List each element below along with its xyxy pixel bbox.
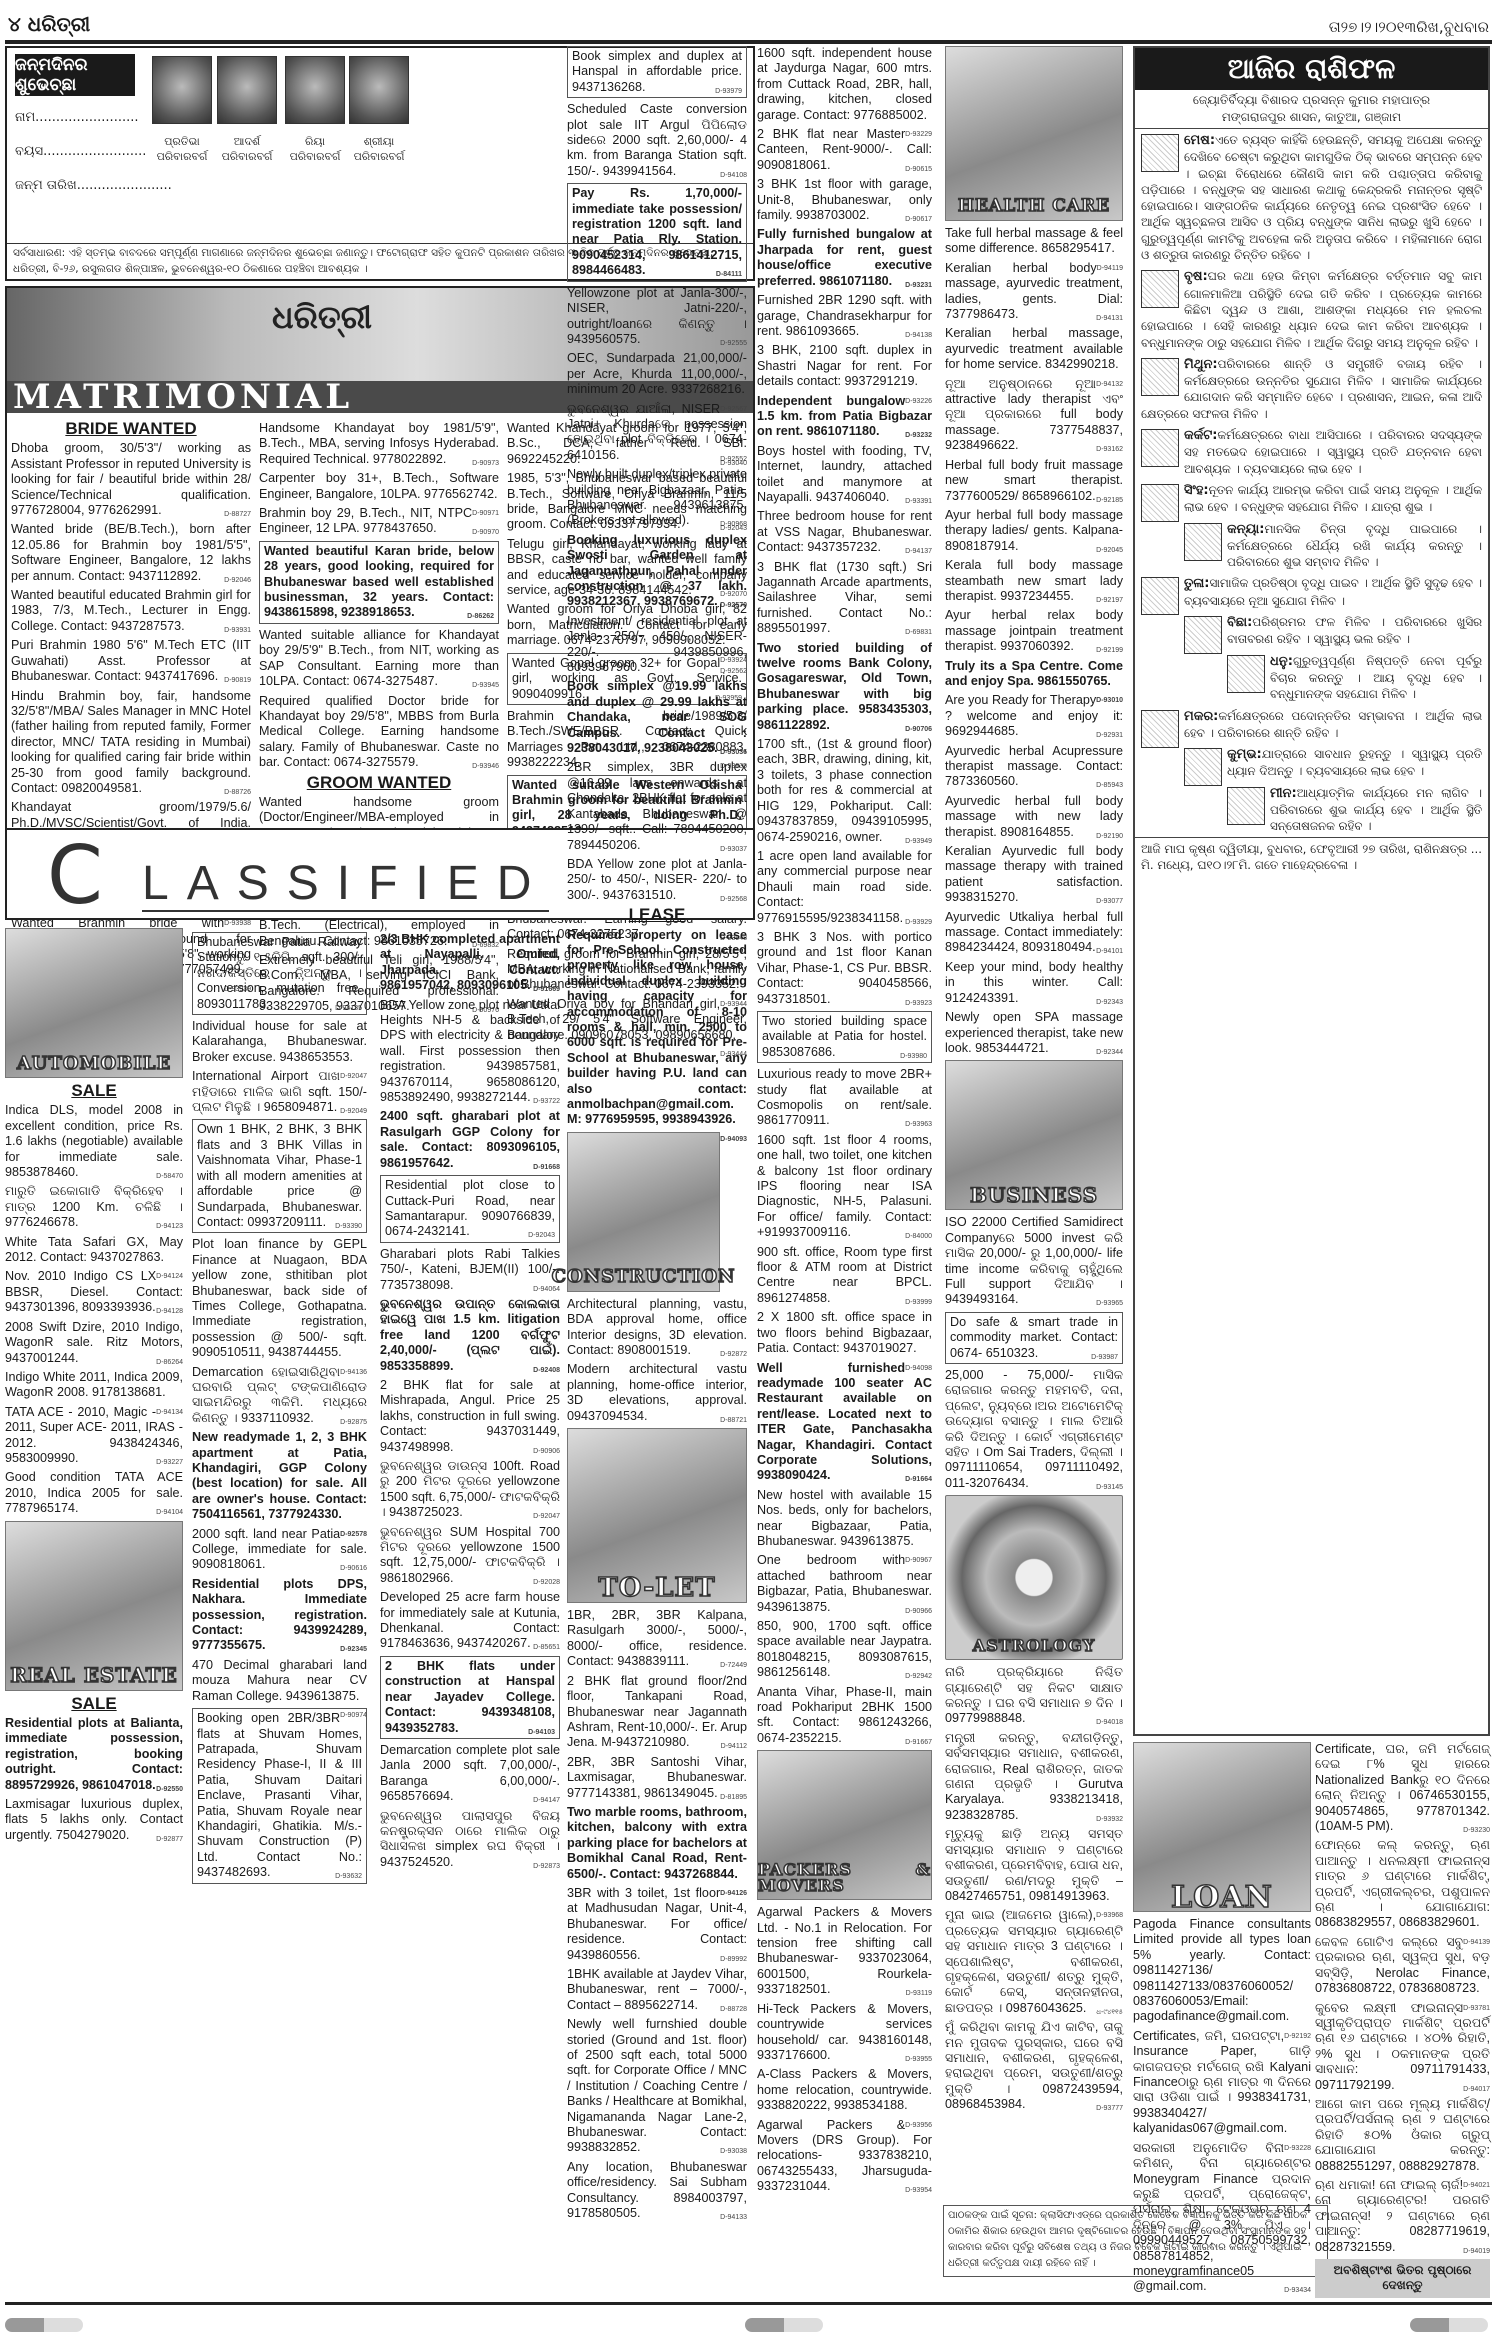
classified-ad: Fully furnished bungalow at Jharpada for… bbox=[757, 227, 932, 289]
classified-ad: Kerala full body massage steambath new s… bbox=[945, 558, 1123, 604]
ad-code: D-93979 bbox=[715, 84, 742, 99]
ad-code: D-94137 bbox=[905, 544, 932, 559]
ad-text: New hostel with available 15 Nos. beds, … bbox=[757, 1488, 932, 1548]
dharitri-logo: ଧରିତ୍ରୀ bbox=[272, 298, 372, 337]
classified-ad: 2BR simplex, 3BR duplex @16.99 lacs onwa… bbox=[567, 760, 747, 852]
ad-text: Bhubaneswar Patia Railway Stationରୁ ୧.୫କ… bbox=[197, 935, 362, 1011]
horoscope-sign: କୁମ୍ଭ:ଯାତ୍ରାରେ ସାବଧାନ ରୁହନ୍ତୁ । ସ୍ୱାସ୍ଥ୍… bbox=[1135, 743, 1488, 782]
classified-ad: 2 BHK flat for sale at Mishrapada, Angul… bbox=[380, 1378, 560, 1455]
classified-ad: ଭୁବନେଶ୍ୱର ପାଲାସପୁର ବିଜୟ କନଷ୍ଟ୍ରକ୍ସନ ଠାରେ… bbox=[380, 1809, 560, 1871]
classified-ad: 3 BHK 3 Nos. with portico ground and 1st… bbox=[757, 930, 932, 1007]
classified-ad: A-Class Packers & Movers, home relocatio… bbox=[757, 2067, 932, 2113]
ad-code: D-94147 bbox=[533, 1793, 560, 1808]
ad-code: D-93037 bbox=[720, 842, 747, 857]
sign-name: ସିଂହ: bbox=[1184, 483, 1209, 498]
ad-text: 3BR with 3 toilet, 1st floor at Madhusud… bbox=[567, 1886, 747, 1962]
ad-code: D-92043 bbox=[528, 1228, 555, 1243]
ad-text: Well furnished readymade 100 seater AC R… bbox=[757, 1361, 932, 1483]
ad-text: 25,000 - 75,000/- ମାସିକ ରୋଜଗାର କରନ୍ତୁ ମହ… bbox=[945, 1368, 1123, 1490]
ad-code: D-91667 bbox=[905, 1735, 932, 1750]
sign-name: କୁମ୍ଭ: bbox=[1227, 747, 1262, 762]
ad-text: 3 BHK 3 Nos. with portico ground and 1st… bbox=[757, 930, 932, 1006]
ad-code: D-93999 bbox=[905, 1295, 932, 1310]
matrimonial-col-2: Handsome Khandayat boy 1981/5'9", B.Tech… bbox=[259, 421, 499, 1019]
ad-text: 3 BHK flat (1730 sqft.) Sri Jagannath Ar… bbox=[757, 560, 932, 636]
horoscope-sign: ସିଂହ:ନୂତନ କାର୍ଯ୍ୟ ଆରମ୍ଭ କରିବା ପାଇଁ ସମୟ ଅ… bbox=[1135, 479, 1488, 518]
classified-ad: Herbal full body fruit massage new smart… bbox=[945, 458, 1123, 504]
classified-ad: Residential plots DPS, Nakhara. Immediat… bbox=[192, 1577, 367, 1654]
ad-text: Agarwal Packers & Movers (DRS Group). Fo… bbox=[757, 2118, 932, 2194]
classified-ad: ମନ୍ତ୍ରୀ କରନ୍ତୁ, ବନ୍ଦୀଗଡ଼ିନ୍ତୁ, ସର୍ବସମସ୍ୟ… bbox=[945, 1731, 1123, 1823]
classified-ad: Keralian Ayurvedic full body massage the… bbox=[945, 844, 1123, 906]
ad-code: D-92197 bbox=[1096, 593, 1123, 608]
ad-code: D-93923 bbox=[905, 996, 932, 1011]
issue-date: ତା୨୭।୨।୨୦୧୩ରିଖ,ବୁଧବାର bbox=[1329, 18, 1489, 36]
classified-ad: Laxmisagar luxurious duplex, flats 5 lak… bbox=[5, 1797, 183, 1843]
ad-text: 1700 sft., (1st & ground floor) each, 3B… bbox=[757, 737, 932, 843]
classified-ad: Carpenter boy 31+, B.Tech., Software Eng… bbox=[259, 471, 499, 502]
ad-text: 1600 sqft. 1st floor 4 rooms, one hall, … bbox=[757, 1133, 932, 1239]
ad-code: D-92877 bbox=[156, 1832, 183, 1847]
classified-ad: One bedroom with attached bathroom near … bbox=[757, 1553, 932, 1615]
ad-text: ଋଣ ଧମାକା! ନୋ ଫାଇଲ୍ ଚାର୍ଜ! ନୋ ଗ୍ୟାରେଣ୍ଟର!… bbox=[1315, 2178, 1490, 2254]
ad-code: D-93954 bbox=[905, 2183, 932, 2198]
classified-ad: Pagoda Finance consultants Limited provi… bbox=[1133, 1917, 1311, 2025]
loan-image: LOAN bbox=[1133, 1742, 1311, 1912]
ad-code: D-93632 bbox=[335, 1869, 362, 1884]
name-field: ନାମ......................... bbox=[15, 110, 138, 125]
classified-ad: Indigo White 2011, Indica 2009, WagonR 2… bbox=[5, 1370, 183, 1401]
page-tab bbox=[1410, 2318, 1488, 2332]
ad-code: D-92570 bbox=[720, 598, 747, 613]
ad-code: D-90973 bbox=[472, 456, 499, 471]
astrology-zodiac-image: ASTROLOGY bbox=[945, 1495, 1123, 1660]
ad-code: D-92190 bbox=[1096, 829, 1123, 844]
ad-text: Certificate, ଘର, ଜମି ମର୍ଟଗେଜ୍ ଦେଇ ୮% ସୁଧ… bbox=[1315, 1742, 1490, 1833]
classified-ad: Wanted beautiful Karan bride, below 28 y… bbox=[259, 541, 499, 624]
classified-ad: Furnished 2BR 1290 sqft. with garage, Ch… bbox=[757, 293, 932, 339]
classified-ad: 1600 sqft. independent house at Jaydurga… bbox=[757, 46, 932, 123]
ad-code: D-93391 bbox=[905, 494, 932, 509]
sign-text: ଆଧ୍ୟାତ୍ମିକ କାର୍ଯ୍ୟରେ ମନ ଲାଗିବ । ପରିବାରରେ… bbox=[1270, 786, 1482, 834]
classified-ad: Hindu Brahmin boy, fair, handsome 32/5'8… bbox=[11, 689, 251, 797]
classified-ad: Dhoba groom, 30/5'3"/ working as Assista… bbox=[11, 441, 251, 518]
ad-code: D-92343 bbox=[1096, 995, 1123, 1010]
classified-ad: 900 sft. office, Room type first floor &… bbox=[757, 1245, 932, 1307]
child-photo bbox=[217, 56, 277, 124]
ad-code: D-58470 bbox=[156, 1169, 183, 1184]
ad-code: D-93945 bbox=[472, 678, 499, 693]
classified-ad: ଫୋନ୍‌ରେ କଲ୍ କରନ୍ତୁ, ଋଣ ପାଆନ୍ତୁ । ଧନଲକ୍ଷ୍… bbox=[1315, 1838, 1490, 1930]
classified-ad: 25,000 - 75,000/- ମାସିକ ରୋଜଗାର କରନ୍ତୁ ମହ… bbox=[945, 1368, 1123, 1491]
sign-text: କର୍ମକ୍ଷେତ୍ରରେ ପଦୋନ୍ନତିର ସମ୍ଭାବନା । ଆର୍ଥି… bbox=[1184, 709, 1482, 740]
ad-code: D-93232 bbox=[905, 428, 932, 443]
dob-field: ଜନ୍ମ ତାରିଖ....................... bbox=[15, 178, 172, 193]
page-number-masthead: ୪ ଧରିତ୍ରୀ bbox=[8, 12, 90, 36]
ad-text: Scheduled Caste conversion plot sale IIT… bbox=[567, 102, 747, 178]
ad-code: D-92047 bbox=[533, 1509, 560, 1524]
ad-code: D-92555 bbox=[720, 336, 747, 351]
classified-ad: 2000 sqft. land near Patia College, imme… bbox=[192, 1527, 367, 1573]
sign-text: କର୍ମକ୍ଷେତ୍ରରେ ବାଧା ଆସିପାରେ । ପରିବାରର ସଦସ… bbox=[1184, 428, 1482, 476]
ad-code: D-90615 bbox=[905, 162, 932, 177]
classified-ad: ସରକାରୀ ଅନୁମୋଦିତ ବିନା କମିଶନ୍, ବିନା ଗ୍ୟାରେ… bbox=[1133, 2141, 1311, 2295]
rent-column: 1600 sqft. independent house at Jaydurga… bbox=[757, 46, 932, 2199]
services-column: HEALTH CARE Take full herbal massage & f… bbox=[945, 46, 1123, 2117]
ad-text: Take full herbal massage & feel some dif… bbox=[945, 226, 1123, 255]
child-photo bbox=[349, 56, 409, 124]
ad-code: D-92872 bbox=[720, 1347, 747, 1362]
ad-text: ନୂଆ ଅନୁଷ୍ଠାନରେ ନୂଆ attractive lady thera… bbox=[945, 377, 1123, 453]
ad-text: White Tata Safari GX, May 2012. Contact:… bbox=[5, 1235, 183, 1264]
ad-code: D-93038 bbox=[720, 2144, 747, 2159]
automobile-image: AUTOMOBILE bbox=[5, 928, 183, 1078]
classified-ad: Newly well furnshied double storied (Gro… bbox=[567, 2017, 747, 2156]
ad-code: D-93965 bbox=[1096, 1296, 1123, 1311]
ad-code: D-94018 bbox=[1096, 1715, 1123, 1730]
classified-column-3: 2/3 BHK completed apartment at Nayapalli… bbox=[380, 932, 560, 1874]
ad-text: Wanted bride (BE/B.Tech.), born after 12… bbox=[11, 522, 251, 582]
ad-code: D-90970 bbox=[472, 525, 499, 540]
classified-ad: Truly its a Spa Centre. Come and enjoy S… bbox=[945, 659, 1123, 690]
classified-ad: Newly open SPA massage experienced thera… bbox=[945, 1010, 1123, 1056]
horoscope-sign: ଧନୁ:ଗୁରୁତ୍ୱପୂର୍ଣ୍ଣ ନିଷ୍ପତ୍ତି ନେବା ପୂର୍ବର… bbox=[1135, 650, 1488, 705]
classified-ad: BDA Yellow zone plot at Janla-250/- to 4… bbox=[567, 857, 747, 903]
classified-ad: Plot loan finance by GEPL Finance at Nua… bbox=[192, 1237, 367, 1360]
classified-ad: 1600 sqft. 1st floor 4 rooms, one hall, … bbox=[757, 1133, 932, 1241]
construction-image: CONSTRUCTION bbox=[567, 1132, 720, 1292]
ad-text: ସରକାରୀ ଅନୁମୋଦିତ ବିନା କମିଶନ୍, ବିନା ଗ୍ୟାରେ… bbox=[1133, 2141, 1311, 2294]
ad-code: D-89992 bbox=[720, 1952, 747, 1967]
zodiac-sign-icon bbox=[1141, 429, 1179, 467]
zodiac-sign-icon bbox=[1227, 787, 1265, 825]
ad-code: D-85943 bbox=[1096, 778, 1123, 793]
classified-ad: Agarwal Packers & Movers Ltd. - No.1 in … bbox=[757, 1905, 932, 1997]
groom-wanted-heading: GROOM WANTED bbox=[259, 775, 499, 790]
ad-text: 2 X 1800 sft. office space in two floors… bbox=[757, 1310, 932, 1355]
sign-name: କର୍କଟ: bbox=[1184, 428, 1217, 443]
sign-text: ଯାତ୍ରାରେ ସାବଧାନ ରୁହନ୍ତୁ । ସ୍ୱାସ୍ଥ୍ୟ ପ୍ରତ… bbox=[1227, 747, 1482, 778]
classified-ad: Residential plots at Balianta, immediate… bbox=[5, 1716, 183, 1793]
sign-text: ସାମାଜିକ ପ୍ରତିଷ୍ଠା ବୃଦ୍ଧି ପାଇବ । ଆର୍ଥିକ ସ… bbox=[1184, 576, 1482, 607]
ad-code: D-90616 bbox=[340, 1561, 367, 1576]
ad-text: 3 BHK, 2100 sqft. duplex in Shastri Naga… bbox=[757, 343, 932, 388]
page-tab bbox=[5, 2318, 83, 2332]
ad-text: Wanted beautiful Karan bride, below 28 y… bbox=[264, 544, 494, 620]
ad-text: ମୁନା ଭାଇ (ଆଜମେର ୱାଲେ), ପ୍ରତ୍ୟେକ ସମସ୍ୟାର … bbox=[945, 1908, 1123, 2014]
ad-text: Keralian herbal massage, ayurvedic treat… bbox=[945, 326, 1123, 371]
horoscope-sign: ମୀନ:ଆଧ୍ୟାତ୍ମିକ କାର୍ଯ୍ୟରେ ମନ ଲାଗିବ । ପରିବ… bbox=[1135, 782, 1488, 837]
ad-text: Newly well furnshied double storied (Gro… bbox=[567, 2017, 747, 2154]
ad-text: Puri Brahmin 1980 5'6" M.Tech ETC (IIT G… bbox=[11, 638, 251, 683]
classified-ad: Required qualified Doctor bride for Khan… bbox=[259, 694, 499, 771]
ad-code: D-92552 bbox=[720, 452, 747, 467]
ad-text: Booking luxurious duplex Swosti Garden a… bbox=[567, 533, 747, 609]
sign-text: ପରିଶ୍ରମର ଫଳ ମିଳିବ । ପରିବାରରେ ଖୁସିର ବାତାବ… bbox=[1227, 615, 1482, 646]
ad-text: Certificates, ଜମି, ଘରପଟ୍ଟା, Insurance Pa… bbox=[1133, 2029, 1311, 2135]
ad-code: D-93932 bbox=[1096, 1812, 1123, 1827]
classified-ad: ମୁନା ଭାଇ (ଆଜମେର ୱାଲେ), ପ୍ରତ୍ୟେକ ସମସ୍ୟାର … bbox=[945, 1908, 1123, 2016]
ad-code: D-93722 bbox=[533, 1094, 560, 1109]
horoscope-sign: ବିଛା:ପରିଶ୍ରମର ଫଳ ମିଳିବ । ପରିବାରରେ ଖୁସିର … bbox=[1135, 611, 1488, 650]
ad-code: D-94019 bbox=[1463, 2244, 1490, 2259]
classified-ad: Yellowzone plot at Janla-300/-, NISER, J… bbox=[567, 286, 747, 348]
ad-code: D-84000 bbox=[905, 1229, 932, 1244]
classified-ad: Own 1 BHK, 2 BHK, 3 BHK flats and 3 BHK … bbox=[192, 1119, 367, 1233]
classified-ad: Book simplex and duplex at Hanspal in af… bbox=[567, 46, 747, 98]
ad-code: D-92045 bbox=[1096, 543, 1123, 558]
zodiac-sign-icon bbox=[1141, 484, 1179, 522]
sign-name: ମିଥୁନ: bbox=[1184, 357, 1218, 372]
ad-text: Book simplex @19.99 lakhs and duplex @ 2… bbox=[567, 679, 747, 755]
age-field: ବୟସ......................... bbox=[15, 144, 146, 159]
ad-text: Residential plots at Balianta, immediate… bbox=[5, 1716, 183, 1792]
ad-code: D-93980 bbox=[900, 1049, 927, 1064]
ad-code: D-94108 bbox=[720, 168, 747, 183]
classified-ad: New readymade 1, 2, 3 BHK apartment at P… bbox=[192, 1430, 367, 1522]
lease-heading: LEASE bbox=[567, 907, 747, 922]
sign-name: ମୀନ: bbox=[1270, 786, 1297, 801]
sign-text: ମାନସିକ ଚିନ୍ତା ବୃଦ୍ଧି ପାଇପାରେ । କର୍ମକ୍ଷେତ… bbox=[1227, 522, 1482, 570]
child-photo bbox=[152, 56, 212, 124]
classified-ad: ନୂଆ ଅନୁଷ୍ଠାନରେ ନୂଆ attractive lady thera… bbox=[945, 377, 1123, 454]
classified-ad: Certificate, ଘର, ଜମି ମର୍ଟଗେଜ୍ ଦେଇ ୮% ସୁଧ… bbox=[1315, 1742, 1490, 1834]
ad-code: D-85651 bbox=[533, 1640, 560, 1655]
ad-text: Required qualified Doctor bride for Khan… bbox=[259, 694, 499, 770]
header-rule bbox=[5, 40, 1492, 44]
ad-text: Two storied building of twelve rooms Ban… bbox=[757, 641, 932, 732]
ad-code: D-93145 bbox=[1096, 1480, 1123, 1495]
ad-text: ଫୋନ୍‌ରେ କଲ୍ କରନ୍ତୁ, ଋଣ ପାଆନ୍ତୁ । ଧନଲକ୍ଷ୍… bbox=[1315, 1838, 1490, 1929]
ad-code: D-88728 bbox=[720, 2002, 747, 2017]
ad-text: Agarwal Packers & Movers Ltd. - No.1 in … bbox=[757, 1905, 932, 1996]
ad-code: D-90617 bbox=[905, 212, 932, 227]
classified-ad: Agarwal Packers & Movers (DRS Group). Fo… bbox=[757, 2118, 932, 2195]
classified-ad: Boys hostel with fooding, TV, Internet, … bbox=[757, 444, 932, 506]
ad-code: D-94104 bbox=[156, 1505, 183, 1520]
ad-code: D-92345 bbox=[340, 1642, 367, 1657]
child-caption: ଶ୍ରୀୟାପରିବାରବର୍ଗ bbox=[334, 134, 424, 164]
child-photo bbox=[285, 56, 345, 124]
ad-code: D-93230 bbox=[1463, 1823, 1490, 1838]
ad-code: D-91669 bbox=[533, 982, 560, 997]
classified-ad: 2/3 BHK completed apartment at Nayapalli… bbox=[380, 932, 560, 994]
ad-code: D-94112 bbox=[721, 1739, 747, 1754]
ad-text: Wanted suitable alliance for Khandayat b… bbox=[259, 628, 499, 688]
ad-text: Individual house for sale at Kalarahanga… bbox=[192, 1019, 367, 1064]
ad-code: D-93390 bbox=[335, 1219, 362, 1234]
sign-text: ଗୁରୁତ୍ୱପୂର୍ଣ୍ଣ ନିଷ୍ପତ୍ତି ନେବା ପୂର୍ବରୁ ବି… bbox=[1270, 654, 1482, 702]
ad-text: Indica DLS, model 2008 in excellent cond… bbox=[5, 1103, 183, 1179]
classified-ad: କେବଳ ଗୋଟିଏ କଲ୍‌ରେ ସବୁ ପ୍ରକାରର ଋଣ, ସ୍ୱଳ୍ପ… bbox=[1315, 1935, 1490, 1997]
ad-code: D-88727 bbox=[224, 507, 251, 522]
property-lease-column: Book simplex and duplex at Hanspal in af… bbox=[567, 46, 747, 2226]
classified-ad: Ananta Vihar, Phase-II, main road Pokhar… bbox=[757, 1685, 932, 1747]
packers-movers-image: PACKERS & MOVERS bbox=[757, 1750, 932, 1900]
classified-ad: 2008 Swift Dzire, 2010 Indigo, WagonR sa… bbox=[5, 1320, 183, 1366]
ad-code: D-93946 bbox=[472, 759, 499, 774]
ad-code: D-69831 bbox=[905, 625, 932, 640]
ad-text: Pay Rs. 1,70,000/- immediate take posses… bbox=[572, 186, 742, 277]
ad-code: D-92408 bbox=[533, 1363, 560, 1378]
classified-ad: 2400 sqft. gharabari plot at Rasulgarh G… bbox=[380, 1109, 560, 1171]
classified-ad: Two storied building space available at … bbox=[757, 1011, 932, 1063]
classified-ad: Book simplex @19.99 lakhs and duplex @ 2… bbox=[567, 679, 747, 756]
ad-code: D-94101 bbox=[1096, 944, 1123, 959]
classified-ad: Luxurious ready to move 2BR+ study flat … bbox=[757, 1067, 932, 1129]
sign-name: ବୃଷ: bbox=[1184, 269, 1208, 284]
ad-text: BDA Yellow zone plot near Utkal Heights … bbox=[380, 998, 560, 1104]
classified-ad: Are you Ready for Therapy ? welcome and … bbox=[945, 693, 1123, 739]
classified-ad: Well furnished readymade 100 seater AC R… bbox=[757, 1361, 932, 1484]
ad-text: Hindu Brahmin boy, fair, handsome 32/5'8… bbox=[11, 689, 251, 795]
horoscope-sign: ବୃଷ:ଘର କଥା ହେଉ କିମ୍ବା କର୍ମକ୍ଷେତ୍ର ବର୍ତ୍ତ… bbox=[1135, 265, 1488, 352]
classified-ad: Puri Brahmin 1980 5'6" M.Tech ETC (IIT G… bbox=[11, 638, 251, 684]
ad-code: D-93955 bbox=[905, 2052, 932, 2067]
classified-ad: International Airport ପାଖ ମହିଡାରେ ମାଳିଜ … bbox=[192, 1069, 367, 1115]
ad-code: D-93929 bbox=[905, 915, 932, 930]
sign-text: ଏତେ ବ୍ୟସ୍ତ କାହିଁକି ହେଉଛନ୍ତି, ସମୟକୁ ଅପେକ୍… bbox=[1141, 133, 1482, 262]
classified-ad: TATA ACE - 2010, Magic - 2011, Super ACE… bbox=[5, 1405, 183, 1467]
ad-text: Brahmin boy 29, B.Tech., NIT, NTPC Engin… bbox=[259, 506, 472, 535]
ad-text: କୁବେର ଲକ୍ଷ୍ମୀ ଫାଇନାନ୍ସ ସ୍ୱୀକୃତିପ୍ରାପ୍ତ ମ… bbox=[1315, 2001, 1490, 2092]
classified-ad: 3 BHK flat (1730 sqft.) Sri Jagannath Ar… bbox=[757, 560, 932, 637]
ad-text: Required property on lease for Pre-Schoo… bbox=[567, 928, 747, 1127]
classified-ad: 2BR, 3BR Santoshi Vihar, Laxmisagar, Bhu… bbox=[567, 1755, 747, 1801]
classified-ad: Keep your mind, body healthy in this win… bbox=[945, 960, 1123, 1006]
classified-ad: 1BHK available at Jaydev Vihar, Bhubanes… bbox=[567, 1967, 747, 2013]
classified-ad: Investment/ residential plot at Janla- 2… bbox=[567, 614, 747, 676]
classified-ad: Scheduled Caste conversion plot sale IIT… bbox=[567, 102, 747, 179]
classified-ad: Brahmin boy 29, B.Tech., NIT, NTPC Engin… bbox=[259, 506, 499, 537]
ad-code: D-92049 bbox=[340, 1104, 367, 1119]
zodiac-sign-icon bbox=[1184, 748, 1222, 786]
ad-code: D-93227 bbox=[156, 1455, 183, 1470]
ad-code: D-94123 bbox=[156, 1219, 183, 1234]
automobile-sale-heading: SALE bbox=[5, 1083, 183, 1098]
loan-column-2: Certificate, ଘର, ଜମି ମର୍ଟଗେଜ୍ ଦେଇ ୮% ସୁଧ… bbox=[1315, 1742, 1490, 2298]
classified-ad: ମାରୁତି ଇକୋଗାଡି ବିକ୍ରିହେବ । ମାତ୍ର 1200 Km… bbox=[5, 1184, 183, 1230]
ad-text: Booking open 2BR/3BR flats at Shuvam Hom… bbox=[197, 1711, 362, 1879]
ad-text: OEC, Sundarpada 21,00,000/- per Acre, Kh… bbox=[567, 351, 747, 396]
classified-ad: Pay Rs. 1,70,000/- immediate take posses… bbox=[567, 183, 747, 281]
zodiac-sign-icon bbox=[1184, 616, 1222, 654]
ad-code: D-94131 bbox=[1096, 311, 1123, 326]
ad-code: D-91668 bbox=[533, 1160, 560, 1175]
classified-ad: Keralian herbal massage, ayurvedic treat… bbox=[945, 326, 1123, 372]
ad-text: Pagoda Finance consultants Limited provi… bbox=[1133, 1917, 1311, 2023]
ad-text: Wanted beautiful educated Brahmin girl f… bbox=[11, 588, 251, 633]
ad-code: D-94093 bbox=[720, 1132, 747, 1147]
ad-code: D-90819 bbox=[224, 673, 251, 688]
ad-text: 2 BHK flat ground floor/2nd floor, Tanka… bbox=[567, 1674, 747, 1750]
classified-ad: ଭୁବନେଶ୍ୱର ଯାଆଁଳା, NISER Jatni+ Khurdaରେ … bbox=[567, 402, 747, 464]
ad-text: Own 1 BHK, 2 BHK, 3 BHK flats and 3 BHK … bbox=[197, 1122, 362, 1228]
ad-code: D-93231 bbox=[905, 278, 932, 293]
classified-ad: OEC, Sundarpada 21,00,000/- per Acre, Kh… bbox=[567, 351, 747, 397]
ad-text: ମୁଁ କରିଥିବା କାମକୁ ଯିଏ କାଟିବ, ତାକୁ ମନ ମୁତ… bbox=[945, 2020, 1123, 2111]
realestate-sale-heading: SALE bbox=[5, 1696, 183, 1711]
classified-ad: Nov. 2010 Indigo CS LX BBSR, Diesel. Con… bbox=[5, 1269, 183, 1315]
classified-ad: ଆଗେ କାମ ପରେ ମୂଲ୍ୟ ମାର୍କଶିଟ୍/ ପ୍ରପର୍ଟି/ପର… bbox=[1315, 2097, 1490, 2174]
classified-ad: Ayurvedic Utkaliya herbal full massage. … bbox=[945, 910, 1123, 956]
ad-text: 1600 sqft. independent house at Jaydurga… bbox=[757, 46, 932, 122]
ad-code: D-86264 bbox=[156, 1355, 183, 1370]
classified-ad: BDA Yellow zone plot near Utkal Heights … bbox=[380, 998, 560, 1106]
ad-code: D-84111 bbox=[716, 267, 742, 282]
classified-ad: Wanted bride (BE/B.Tech.), born after 12… bbox=[11, 522, 251, 584]
classified-ad: Residential plot close to Cuttack-Puri R… bbox=[380, 1175, 560, 1243]
ad-text: Dhoba groom, 30/5'3"/ working as Assista… bbox=[11, 441, 251, 517]
classified-ad: Demarcation ହୋଇସାରିଥିବା ଘରବାରି ପ୍ଲଟ୍ ଟଙ୍… bbox=[192, 1365, 367, 1427]
classified-ad: Handsome Khandayat boy 1981/5'9", B.Tech… bbox=[259, 421, 499, 467]
ad-code: D-92046 bbox=[224, 573, 251, 588]
ad-code: D-93162 bbox=[1096, 442, 1123, 457]
horoscope-sign: କନ୍ୟା:ମାନସିକ ଚିନ୍ତା ବୃଦ୍ଧି ପାଇପାରେ । କର୍… bbox=[1135, 518, 1488, 573]
ad-code: D-93949 bbox=[905, 834, 932, 849]
ad-text: 1 acre open land available for any comme… bbox=[757, 849, 932, 925]
classified-ad: Two marble rooms, bathroom, kitchen, bal… bbox=[567, 1805, 747, 1882]
ad-text: ଆଗେ କାମ ପରେ ମୂଲ୍ୟ ମାର୍କଶିଟ୍/ ପ୍ରପର୍ଟି/ପର… bbox=[1315, 2097, 1490, 2173]
ad-code: D-90906 bbox=[533, 1444, 560, 1459]
panjika: ଆଜି ମାଘ କୃଷ୍ଣ ଦ୍ୱିତୀୟା, ବୁଧବାର, ଫେବୃଆରୀ … bbox=[1135, 837, 1488, 876]
horoscope-sign: ତୁଳା:ସାମାଜିକ ପ୍ରତିଷ୍ଠା ବୃଦ୍ଧି ପାଇବ । ଆର୍… bbox=[1135, 572, 1488, 611]
ad-code: D-81895 bbox=[720, 1790, 747, 1805]
ad-code: D-93777 bbox=[1096, 2101, 1123, 2116]
ad-code: D-90968 bbox=[720, 517, 747, 532]
classified-ad: Take full herbal massage & feel some dif… bbox=[945, 226, 1123, 257]
ad-code: D-94017 bbox=[1463, 2082, 1490, 2097]
classified-ad: ISO 22000 Certified Samidirect Companyରେ… bbox=[945, 1215, 1123, 1307]
ad-text: Residential plots DPS, Nakhara. Immediat… bbox=[192, 1577, 367, 1653]
ad-code: D-92562 bbox=[720, 664, 747, 679]
sign-name: ବିଛା: bbox=[1227, 615, 1252, 630]
ad-code: D-92185 bbox=[1096, 493, 1123, 508]
ad-code: D-93434 bbox=[1284, 2283, 1311, 2298]
horoscope-sign: ମିଥୁନ:ପରିବାରରେ ଶାନ୍ତି ଓ ସମ୍ପ୍ରୀତି ବଜାୟ ର… bbox=[1135, 353, 1488, 424]
ad-code: D-86262 bbox=[467, 609, 494, 624]
classified-ad: 3 BHK, 2100 sqft. duplex in Shastri Naga… bbox=[757, 343, 932, 389]
sign-name: ମେଷ: bbox=[1184, 133, 1215, 148]
horoscope-title: ଆଜିର ରାଶିଫଳ bbox=[1135, 48, 1488, 90]
classified-ad: 2 BHK flat near Master Canteen, Rent-900… bbox=[757, 127, 932, 173]
classified-ad: Booking luxurious duplex Swosti Garden a… bbox=[567, 533, 747, 610]
classified-ad: ମୃତ୍ୟୁକୁ ଛାଡ଼ି ଅନ୍ୟ ସମସ୍ତ ସମସ୍ୟାର ସମାଧାନ… bbox=[945, 1827, 1123, 1904]
ad-code: D-92550 bbox=[156, 1782, 183, 1797]
classified-ad: ନାରି ପ୍ରକ୍ରିୟାରେ ନିଶ୍ଚିତ ଗ୍ୟାରେଣ୍ଟି ସହ ନ… bbox=[945, 1665, 1123, 1727]
bride-wanted-heading: BRIDE WANTED bbox=[11, 421, 251, 436]
classified-ad: Good condition TATA ACE 2010, Indica 200… bbox=[5, 1470, 183, 1516]
ad-code: D-93119 bbox=[906, 1986, 932, 2001]
ad-code: ଧ-୯୪୧୧୫ bbox=[1096, 2005, 1123, 2020]
classified-ad: Required property on lease for Pre-Schoo… bbox=[567, 928, 747, 1128]
loan-column-1: LOAN Pagoda Finance consultants Limited … bbox=[1133, 1742, 1311, 2299]
footer-rule bbox=[5, 2302, 1492, 2305]
classified-ad: Two storied building of twelve rooms Ban… bbox=[757, 641, 932, 733]
classified-ad: 3BR with 3 toilet, 1st floor at Madhusud… bbox=[567, 1886, 747, 1963]
ad-text: ISO 22000 Certified Samidirect Companyରେ… bbox=[945, 1215, 1123, 1306]
ad-code: D-90966 bbox=[905, 1604, 932, 1619]
classified-ad: Booking open 2BR/3BR flats at Shuvam Hom… bbox=[192, 1708, 367, 1883]
astrologer-name: ଜ୍ୟୋତିର୍ବିଦ୍ୟା ବିଶାରଦ ପ୍ରସନ୍ନ କୁମାର ମହାପ… bbox=[1135, 90, 1488, 129]
classified-ad: 2 BHK flats under construction at Hanspa… bbox=[380, 1656, 560, 1739]
ad-code: D-72449 bbox=[720, 1658, 747, 1673]
automobile-realestate-column: AUTOMOBILE SALE Indica DLS, model 2008 i… bbox=[5, 928, 183, 1847]
ad-text: Carpenter boy 31+, B.Tech., Software Eng… bbox=[259, 471, 499, 500]
business-image: BUSINESS bbox=[945, 1060, 1123, 1210]
classified-ad: Individual house for sale at Kalarahanga… bbox=[192, 1019, 367, 1065]
ad-text: ଭୁବନେଶ୍ୱର ଉପାନ୍ତ କୋଲକାତା ହାଇୱେ ପାଖ 1.5 k… bbox=[380, 1297, 560, 1373]
